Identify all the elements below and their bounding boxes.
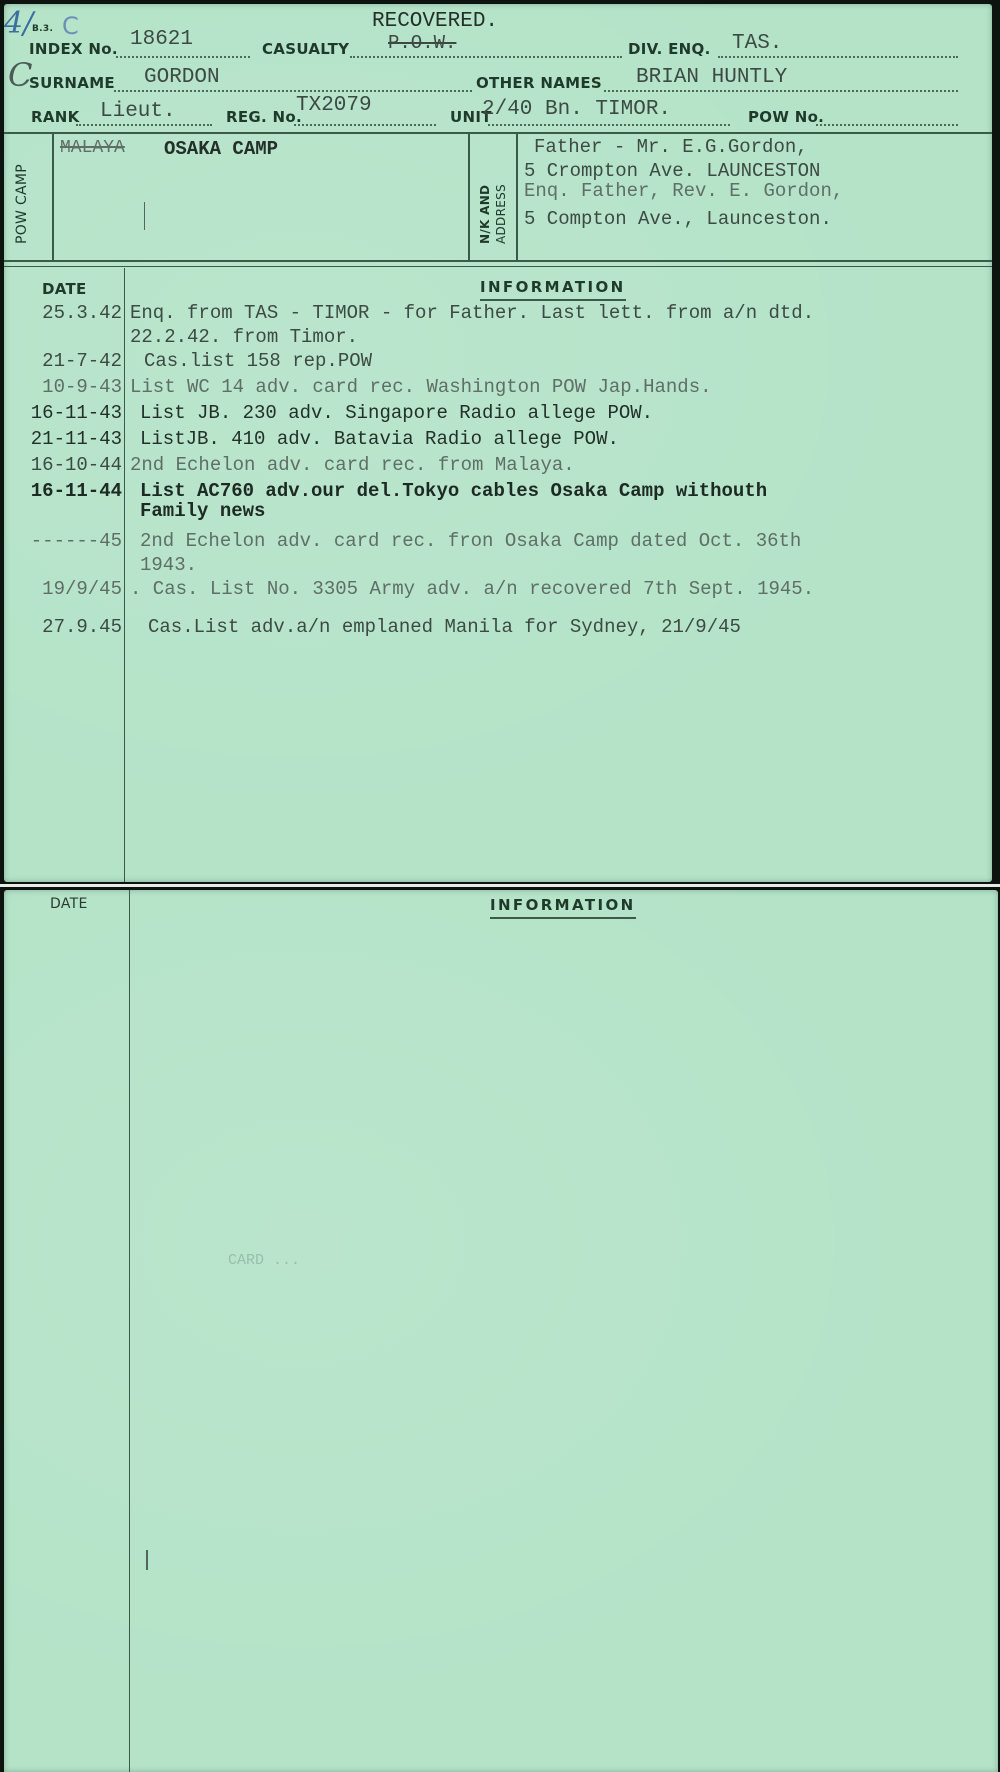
- other-names-label: OTHER NAMES: [476, 74, 602, 92]
- pow-no-label: POW No.: [748, 108, 824, 126]
- casualty-card-front: 4/ B.3. C C INDEX No. 18621 CASUALTY REC…: [4, 4, 992, 882]
- log-info-line: . Cas. List No. 3305 Army adv. a/n recov…: [130, 578, 814, 600]
- pow-camp-label: POW CAMP: [14, 164, 30, 244]
- nk-address-line-2: 5 Crompton Ave. LAUNCESTON: [524, 160, 820, 182]
- log-date: 27.9.45: [4, 616, 122, 638]
- nk-address-line-1: Father - Mr. E.G.Gordon,: [534, 136, 808, 158]
- log-info-line: 2nd Echelon adv. card rec. fron Osaka Ca…: [140, 530, 801, 552]
- nk-address-line-4: 5 Compton Ave., Launceston.: [524, 208, 832, 230]
- pow-camp-value: OSAKA CAMP: [164, 138, 278, 160]
- nk-address-line-3: Enq. Father, Rev. E. Gordon,: [524, 180, 843, 202]
- faint-show-through-text: CARD ...: [228, 1252, 300, 1269]
- surname-value: GORDON: [144, 66, 220, 89]
- log-date: 19/9/45: [4, 578, 122, 600]
- log-date: 21-11-43: [4, 428, 122, 450]
- log-date: ------45: [4, 530, 122, 552]
- casualty-value-overtype: RECOVERED.: [372, 10, 498, 33]
- pencil-tick-mark-back: [146, 1550, 148, 1570]
- surname-label: SURNAME: [29, 74, 115, 92]
- rank-label: RANK: [31, 108, 80, 126]
- log-info-line: 2nd Echelon adv. card rec. from Malaya.: [130, 454, 575, 476]
- pencil-tick-mark: [144, 202, 145, 230]
- log-date: 25.3.42: [4, 302, 122, 324]
- log-info-line: Cas.list 158 rep.POW: [144, 350, 372, 372]
- casualty-card-back: DATE INFORMATION CARD ...: [4, 890, 998, 1772]
- log-date: 10-9-43: [4, 376, 122, 398]
- reg-no-value: TX2079: [296, 94, 372, 117]
- log-info-line: 1943.: [140, 554, 197, 576]
- log-info-line: Cas.List adv.a/n emplaned Manila for Syd…: [148, 616, 741, 638]
- card-separator: [0, 884, 1000, 887]
- div-enq-value: TAS.: [732, 32, 782, 55]
- log-info-line: List WC 14 adv. card rec. Washington POW…: [130, 376, 712, 398]
- pencil-letter-top: C: [62, 12, 79, 40]
- log-info-line: List AC760 adv.our del.Tokyo cables Osak…: [140, 480, 767, 502]
- back-information-column-header: INFORMATION: [490, 896, 636, 919]
- casualty-label: CASUALTY: [262, 40, 349, 58]
- log-info-line: Family news: [140, 500, 265, 522]
- log-date: 16-11-44: [4, 480, 122, 502]
- nk-label-line1: N/K AND: [478, 185, 492, 244]
- unit-value: 2/40 Bn. TIMOR.: [482, 98, 671, 121]
- div-enq-label: DIV. ENQ.: [628, 40, 711, 58]
- form-code: B.3.: [32, 24, 53, 34]
- other-names-value: BRIAN HUNTLY: [636, 66, 787, 89]
- log-info-line: 22.2.42. from Timor.: [130, 326, 358, 348]
- reg-no-label: REG. No.: [226, 108, 302, 126]
- information-column-header: INFORMATION: [480, 278, 626, 301]
- rank-value: Lieut.: [100, 100, 176, 123]
- pow-camp-struck: MALAYA: [60, 138, 125, 158]
- log-date: 21-7-42: [4, 350, 122, 372]
- nk-label-line2: ADDRESS: [494, 184, 508, 244]
- log-info-line: Enq. from TAS - TIMOR - for Father. Last…: [130, 302, 814, 324]
- index-label: INDEX No.: [29, 40, 118, 58]
- log-info-line: List JB. 230 adv. Singapore Radio allege…: [140, 402, 653, 424]
- index-value: 18621: [130, 28, 193, 51]
- back-date-column-header: DATE: [50, 896, 88, 912]
- log-info-line: ListJB. 410 adv. Batavia Radio allege PO…: [140, 428, 619, 450]
- pencil-fraction-mark: 4/: [4, 6, 33, 41]
- date-column-header: DATE: [42, 280, 87, 298]
- log-date: 16-11-43: [4, 402, 122, 424]
- casualty-value-struck: P.O.W.: [388, 32, 456, 54]
- log-date: 16-10-44: [4, 454, 122, 476]
